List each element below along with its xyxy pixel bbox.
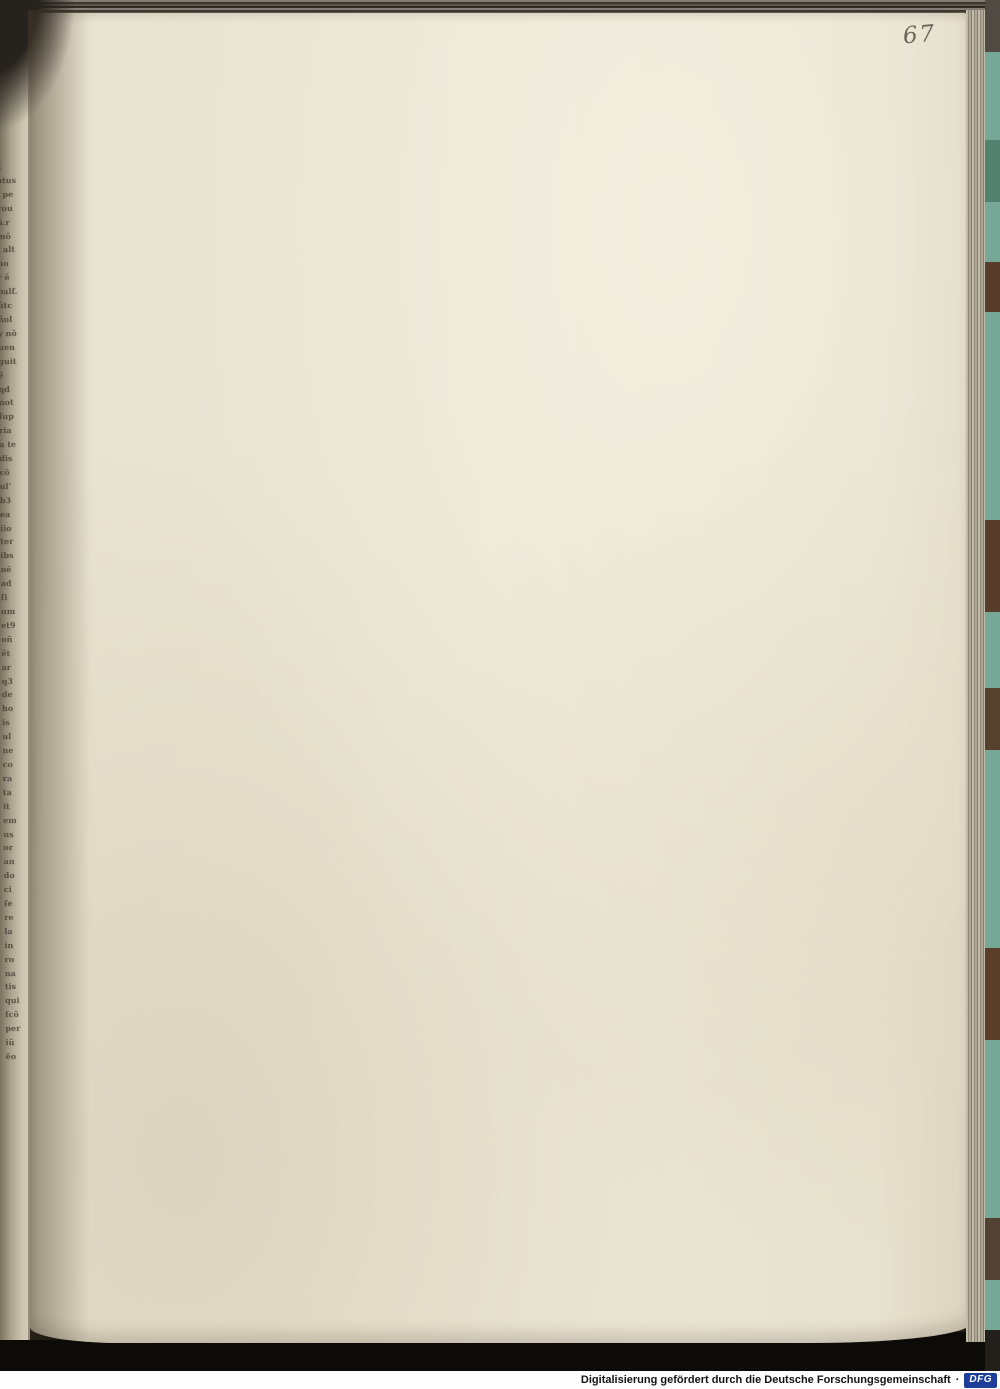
- gutter-text-fragment: na: [5, 966, 30, 980]
- fore-edge-segment: [985, 1218, 1000, 1280]
- gutter-text-fragment: ne: [2, 744, 30, 758]
- gutter-text-fragment: co: [3, 758, 30, 772]
- footer-credit-text: Digitalisierung gefördert durch die Deut…: [581, 1374, 951, 1386]
- gutter-text-fragment: um: [1, 605, 29, 619]
- gutter-text-fragment: qd: [0, 382, 27, 396]
- gutter-text-fragment: b3: [0, 494, 28, 508]
- binding-corner-shadow: [0, 0, 74, 130]
- fore-edge-segment: [985, 1330, 1000, 1374]
- gutter-text-fragment: tis: [5, 980, 30, 994]
- gutter-text-fragment: ci: [4, 883, 30, 897]
- gutter-text-fragment: ſi: [1, 591, 29, 605]
- gutter-text-fragment: y nõ: [0, 327, 26, 341]
- gutter-text-fragment: iio: [0, 521, 28, 535]
- gutter-text-fragment: r ẽ: [0, 271, 26, 285]
- gutter-text-fragment: ho: [2, 702, 30, 716]
- gutter-text-fragment: balf.: [0, 285, 26, 299]
- fore-edge-segment: [985, 520, 1000, 612]
- gutter-text-fragment: ſcõ: [5, 1008, 30, 1022]
- gutter-text-fragment: qui: [5, 994, 30, 1008]
- gutter-text-fragment: guit: [0, 355, 26, 369]
- gutter-text-fragment: per: [5, 1022, 30, 1036]
- gutter-text-fragment: do: [4, 869, 30, 883]
- gutter-text-fragment: ñol: [0, 313, 26, 327]
- fore-edge-segment: [985, 948, 1000, 1040]
- gutter-text-fragment: nẽ: [0, 563, 28, 577]
- gutter-text-fragment: ibs: [0, 549, 28, 563]
- gutter-text-fragment: ad: [1, 577, 29, 591]
- gutter-text-fragment: a te: [0, 438, 27, 452]
- fore-edge-segment: [985, 262, 1000, 312]
- fore-edge-segment: [985, 140, 1000, 202]
- gutter-text-fragment: an: [4, 855, 30, 869]
- gutter-text-fragment: ſup: [0, 410, 27, 424]
- gutter-text-fragment: ria: [0, 424, 27, 438]
- digitization-footer: Digitalisierung gefördert durch die Deut…: [0, 1371, 1000, 1389]
- footer-separator: ·: [956, 1374, 960, 1386]
- book-gutter: xptusi pecouñ.rmõĩ altnor ẽbalf.ñtcñoly …: [0, 10, 30, 1340]
- gutter-text-fragment: uen: [0, 341, 26, 355]
- gutter-text-fragment: ul: [2, 730, 30, 744]
- gutter-text-fragment: ul': [0, 480, 28, 494]
- gutter-text-fragment: ẽt: [1, 647, 29, 661]
- gutter-text-fragment: no: [0, 257, 25, 271]
- gutter-text-fragment: cõ: [0, 466, 28, 480]
- gutter-text-fragment: ro: [5, 952, 30, 966]
- gutter-text-fragment: iũ: [5, 1036, 30, 1050]
- gutter-text-fragment: et9: [1, 619, 29, 633]
- dfg-logo: DFG: [964, 1373, 997, 1388]
- gutter-text-fragment: i pe: [0, 188, 25, 202]
- gutter-text-fragment: in: [4, 939, 30, 953]
- gutter-text-fragment: em: [3, 813, 30, 827]
- gutter-text-fragment: ar: [2, 660, 30, 674]
- gutter-text-fragment: x: [0, 160, 24, 174]
- gutter-text-fragment: is: [2, 716, 30, 730]
- folio-number: 67: [902, 21, 937, 50]
- fore-edge-segment: [985, 0, 1000, 52]
- gutter-text-fragment: ter: [0, 535, 28, 549]
- gutter-text-fragment: dis: [0, 452, 27, 466]
- gutter-text-fragment: it: [3, 800, 30, 814]
- gutter-text-fragment: ñ.r: [0, 216, 25, 230]
- gutter-text-fragment: us: [3, 827, 30, 841]
- gutter-text-fragment: ra: [3, 772, 30, 786]
- fore-edge-segment: [985, 688, 1000, 750]
- gutter-text-fragment: ẽ: [0, 368, 27, 382]
- gutter-text-fragment: mõ: [0, 229, 25, 243]
- gutter-text-fragment: ſe: [4, 897, 30, 911]
- facing-page-text-sliver: xptusi pecouñ.rmõĩ altnor ẽbalf.ñtcñoly …: [0, 160, 30, 1064]
- gutter-text-fragment: or: [3, 841, 30, 855]
- gutter-text-fragment: re: [4, 911, 30, 925]
- gutter-text-fragment: cou: [0, 202, 25, 216]
- gutter-text-fragment: q3: [2, 674, 30, 688]
- gutter-text-fragment: ĩ alt: [0, 243, 25, 257]
- gutter-text-fragment: ẽo: [6, 1050, 30, 1064]
- gutter-text-fragment: de: [2, 688, 30, 702]
- page-block-edges: [966, 10, 985, 1342]
- gutter-text-fragment: ta: [3, 786, 30, 800]
- gutter-text-fragment: oñ: [1, 633, 29, 647]
- manuscript-page: [30, 13, 971, 1343]
- book-fore-edge: [985, 0, 1000, 1374]
- gutter-text-fragment: ptus: [0, 174, 25, 188]
- gutter-text-fragment: ñtc: [0, 299, 26, 313]
- gutter-text-fragment: la: [4, 925, 30, 939]
- gutter-text-fragment: ea: [0, 508, 28, 522]
- gutter-text-fragment: not: [0, 396, 27, 410]
